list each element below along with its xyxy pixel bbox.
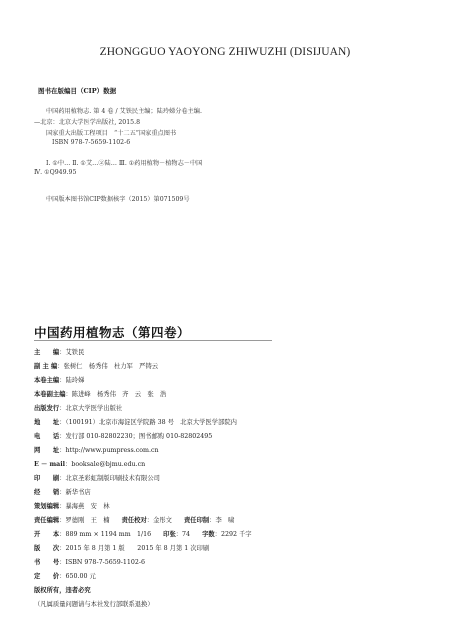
row-label: 开 本 (34, 529, 59, 538)
row-label: 出版发行 (34, 403, 59, 412)
colophon-row: 经 销：新华书店 (34, 487, 91, 496)
colophon-row: 本卷主编：陆玲娣 (34, 375, 84, 384)
colophon-row: 地 址：（100191）北京市海淀区学院路 38 号 北京大学医学部院内 (34, 417, 237, 426)
row-value: 艾铁民 (65, 349, 84, 356)
row-label: E － mail (34, 459, 65, 468)
row-value: 李 啸 (215, 517, 234, 524)
row-label: 字数 (202, 529, 215, 538)
quality-note: （凡属质量问题请与本社发行部联系退换） (34, 599, 154, 608)
row-value: 74 (182, 531, 190, 538)
row-label: 责任印制 (184, 515, 209, 524)
colophon-row: 书 号：ISBN 978-7-5659-1102-6 (34, 557, 145, 566)
row-value: 张树仁 杨秀伟 杜力军 严铸云 (64, 363, 158, 370)
row-label: 责任编辑 (34, 515, 59, 524)
cip-line: 中国版本图书馆CIP数据核字（2015）第071509号 (46, 194, 190, 203)
row-value: 2015 年 8 月第 1 版 2015 年 8 月第 1 次印刷 (65, 545, 209, 552)
cip-line: 国家重大出版工程项目 “十二五”国家重点图书 (46, 128, 176, 137)
row-label: 副 主 编 (34, 361, 57, 370)
cip-line: ISBN 978-7-5659-1102-6 (52, 139, 130, 146)
row-label: 经 销 (34, 487, 59, 496)
colophon-row: 责任编辑：罗德刚 王 楠 责任校对：金彤文 责任印制：李 啸 (34, 515, 234, 524)
row-value: ISBN 978-7-5659-1102-6 (65, 559, 145, 566)
row-label: 网 址 (34, 445, 59, 454)
row-value: 2292 千字 (221, 531, 252, 538)
row-value: 北京圣彩虹制版印刷技术有限公司 (65, 475, 159, 482)
website-link[interactable]: http://www.pumpress.com.cn (65, 447, 158, 454)
row-label: 本卷副主编 (34, 389, 65, 398)
colophon-row: 主 编：艾铁民 (34, 347, 84, 356)
colophon-row: 版 次：2015 年 8 月第 1 版 2015 年 8 月第 1 次印刷 (34, 543, 209, 552)
cip-line: Ⅰ. ①中… Ⅱ. ①艾…②陆… Ⅲ. ①药用植物－植物志－中国 (46, 158, 202, 167)
row-value: 新华书店 (65, 489, 90, 496)
colophon-row: 网 址：http://www.pumpress.com.cn (34, 445, 159, 454)
colophon-row: 印 刷：北京圣彩虹制版印刷技术有限公司 (34, 473, 160, 482)
row-label: 定 价 (34, 571, 59, 580)
row-value: （100191）北京市海淀区学院路 38 号 北京大学医学部院内 (65, 419, 236, 426)
row-value: 北京大学医学出版社 (65, 405, 122, 412)
row-value: 罗德刚 王 楠 (65, 517, 109, 524)
row-label: 责任校对 (122, 515, 147, 524)
cip-line: —北京：北京大学医学出版社, 2015.8 (34, 117, 140, 126)
copyright-notice: 版权所有，违者必究 (34, 585, 91, 594)
row-label: 版 次 (34, 543, 59, 552)
cip-line: 中国药用植物志. 第 4 卷 / 艾铁民主编；陆玲娣分卷主编. (46, 106, 202, 115)
row-value: 650.00 元 (65, 573, 95, 580)
colophon-row: 本卷副主编：陈进峰 杨秀伟 齐 云 张 浩 (34, 389, 166, 398)
cip-line: Ⅳ. ①Q949.95 (34, 169, 76, 176)
row-value: 889 mm × 1194 mm 1/16 (65, 531, 151, 538)
cip-heading: 图书在版编目（CIP）数据 (38, 86, 116, 95)
row-value: 陆玲娣 (65, 377, 84, 384)
row-label: 地 址 (34, 417, 59, 426)
colophon-row: 策划编辑：暴海燕 安 林 (34, 501, 110, 510)
row-label: 印张 (163, 529, 176, 538)
colophon-row: 副 主 编：张树仁 杨秀伟 杜力军 严铸云 (34, 361, 158, 370)
colophon-row: 电 话：发行部 010-82802230；图书邮购 010-82802495 (34, 431, 212, 440)
row-label: 本卷主编 (34, 375, 59, 384)
email-link[interactable]: booksale@bjmu.edu.cn (71, 461, 145, 468)
row-label: 主 编 (34, 347, 59, 356)
row-value: 金彤文 (153, 517, 172, 524)
pinyin-title: ZHONGGUO YAOYONG ZHIWUZHI (DISIJUAN) (0, 46, 450, 58)
row-label: 印 刷 (34, 473, 59, 482)
colophon-row: 定 价：650.00 元 (34, 571, 96, 580)
book-title: 中国药用植物志（第四卷） (34, 323, 190, 341)
colophon-row: 开 本：889 mm × 1194 mm 1/16 印张：74 字数：2292 … (34, 529, 252, 538)
colophon-row: E － mail：booksale@bjmu.edu.cn (34, 459, 145, 468)
row-label: 策划编辑 (34, 501, 59, 510)
colophon-row: 出版发行：北京大学医学出版社 (34, 403, 122, 412)
row-value: 发行部 010-82802230；图书邮购 010-82802495 (65, 433, 212, 440)
row-value: 暴海燕 安 林 (65, 503, 109, 510)
title-rule (34, 340, 272, 341)
row-label: 书 号 (34, 557, 59, 566)
row-value: 陈进峰 杨秀伟 齐 云 张 浩 (72, 391, 166, 398)
row-label: 电 话 (34, 431, 59, 440)
